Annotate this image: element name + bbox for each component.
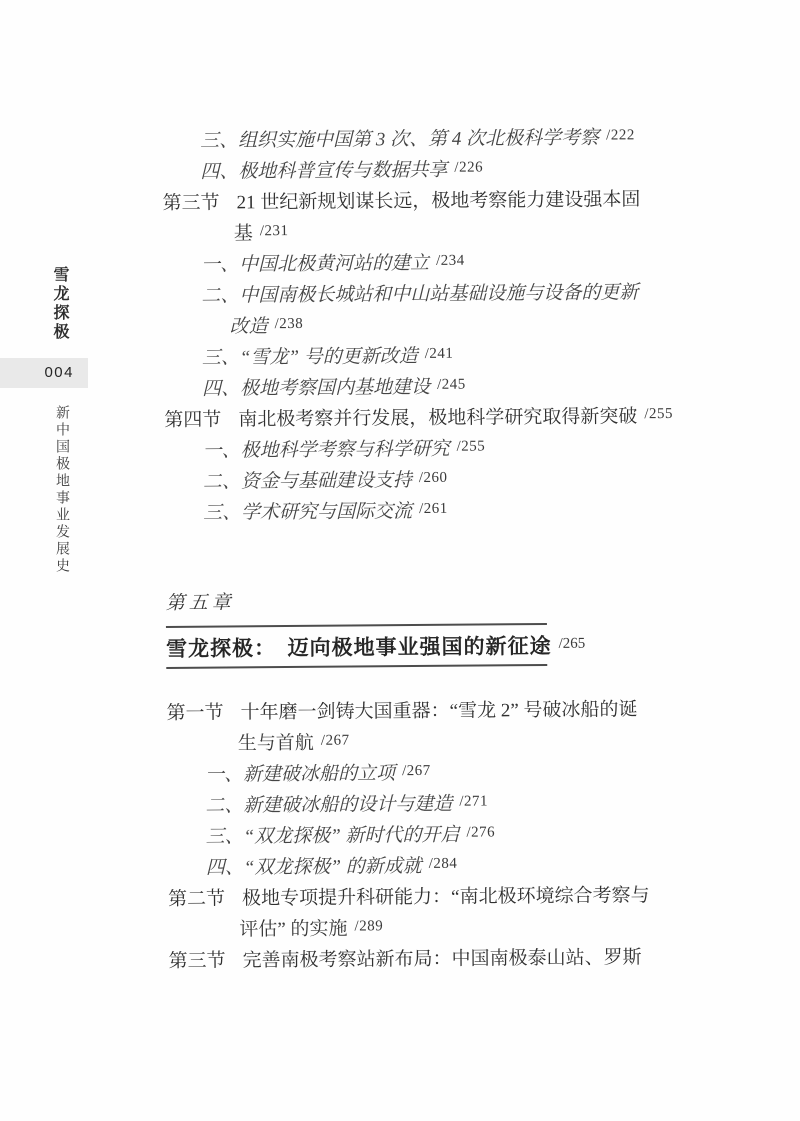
entry-text: 二、新建破冰船的设计与建造 [205, 789, 452, 818]
toc-entry-line: 生与首航/267 [167, 723, 707, 758]
chapter-title: 雪龙探极： 迈向极地事业强国的新征途 [166, 629, 552, 662]
entry-page-number: /245 [437, 377, 466, 394]
toc-entry-line: 三、学术研究与国际交流/261 [165, 492, 705, 527]
toc-entry-line: 三、“雪龙” 号的更新改造/241 [164, 337, 704, 372]
toc-section-line: 第一节十年磨一剑铸大国重器：“雪龙 2” 号破冰船的诞 [166, 692, 706, 727]
page-number: 004 [44, 358, 74, 388]
toc-entry-line: 三、组织实施中国第 3 次、第 4 次北极科学考察/222 [162, 120, 702, 155]
entry-text: 四、“双龙探极” 的新成就 [206, 851, 422, 880]
entry-page-number: /231 [260, 223, 289, 240]
entry-text: 改造 [229, 311, 267, 338]
entry-page-number: /234 [436, 253, 465, 270]
book-toc-page: 雪龙探极 004 新中国极地事业发展史 三、组织实施中国第 3 次、第 4 次北… [0, 0, 800, 1121]
entry-page-number: /222 [606, 127, 635, 144]
entry-page-number: /289 [354, 918, 383, 935]
entry-page-number: /267 [321, 733, 350, 750]
entry-text: 三、组织实施中国第 3 次、第 4 次北极科学考察 [200, 123, 599, 153]
entry-text: 南北极考察并行发展，极地科学研究取得新突破 [238, 401, 637, 431]
toc-entry-line: 三、“双龙探极” 新时代的开启/276 [167, 816, 707, 851]
entry-text: 三、“双龙探极” 新时代的开启 [205, 820, 459, 849]
chapter-number-label: 第五章 [166, 585, 706, 619]
entry-page-number: /261 [419, 501, 448, 518]
toc-entry-line: 四、极地考察国内基地建设/245 [164, 368, 704, 403]
entry-text: 21 世纪新规划谋长远，极地考察能力建设强本固 [237, 184, 641, 214]
toc-section-line: 第四节南北极考察并行发展，极地科学研究取得新突破/255 [164, 399, 704, 434]
entry-text: 一、极地科学考察与科学研究 [202, 434, 449, 463]
toc-entry-line: 改造/238 [163, 306, 703, 341]
entry-text: 极地专项提升科研能力：“南北极环境综合考察与 [242, 880, 650, 910]
entry-text: 一、新建破冰船的立项 [205, 758, 395, 786]
chapter-title-row: 雪龙探极： 迈向极地事业强国的新征途 /265 [166, 624, 706, 667]
toc-main-column: 三、组织实施中国第 3 次、第 4 次北极科学考察/222四、极地科普宣传与数据… [162, 120, 709, 975]
entry-text: 三、学术研究与国际交流 [203, 496, 412, 525]
entry-text: 四、极地考察国内基地建设 [202, 372, 430, 401]
toc-entry-line: 二、新建破冰船的设计与建造/271 [167, 785, 707, 820]
entry-text: 三、“雪龙” 号的更新改造 [202, 341, 418, 370]
toc-entry-line: 四、极地科普宣传与数据共享/226 [162, 151, 702, 186]
toc-entry-line: 二、资金与基础建设支持/260 [165, 461, 705, 496]
toc-entry-line: 基/231 [163, 213, 703, 248]
entry-text: 二、资金与基础建设支持 [203, 465, 412, 494]
sidebar-book-title-vertical: 雪龙探极 [48, 266, 71, 342]
toc-section-line: 第二节极地专项提升科研能力：“南北极环境综合考察与 [168, 878, 708, 913]
toc-part2: 第一节十年磨一剑铸大国重器：“雪龙 2” 号破冰船的诞生与首航/267一、新建破… [166, 692, 708, 975]
entry-text: 十年磨一剑铸大国重器：“雪龙 2” 号破冰船的诞 [241, 694, 638, 724]
entry-text: 评估” 的实施 [239, 914, 347, 942]
entry-text: 生与首航 [238, 728, 314, 756]
entry-page-number: /226 [454, 159, 483, 176]
toc-section-line: 第三节21 世纪新规划谋长远，极地考察能力建设强本固 [162, 182, 702, 217]
toc-part1: 三、组织实施中国第 3 次、第 4 次北极科学考察/222四、极地科普宣传与数据… [162, 120, 705, 527]
entry-text: 四、极地科普宣传与数据共享 [200, 155, 447, 184]
section-label: 第一节 [167, 698, 224, 725]
entry-text: 二、中国南极长城站和中山站基础设施与设备的更新 [201, 277, 638, 307]
section-label: 第二节 [168, 884, 225, 911]
toc-entry-line: 一、中国北极黄河站的建立/234 [163, 244, 703, 279]
entry-text: 基 [234, 218, 253, 245]
toc-entry-line: 二、中国南极长城站和中山站基础设施与设备的更新 [163, 275, 703, 310]
entry-text: 一、中国北极黄河站的建立 [201, 248, 429, 277]
section-label: 第四节 [164, 405, 221, 432]
entry-page-number: /260 [419, 470, 448, 487]
entry-page-number: /238 [275, 316, 304, 333]
section-label: 第三节 [168, 946, 225, 973]
toc-entry-line: 评估” 的实施/289 [168, 909, 708, 944]
entry-page-number: /271 [459, 793, 488, 810]
entry-page-number: /276 [466, 824, 495, 841]
entry-page-number: /255 [644, 406, 673, 423]
sidebar-series-title-vertical: 新中国极地事业发展史 [51, 405, 71, 575]
toc-section-line: 第三节完善南极考察站新布局：中国南极泰山站、罗斯 [168, 940, 708, 975]
entry-text: 完善南极考察站新布局：中国南极泰山站、罗斯 [242, 942, 641, 972]
toc-entry-line: 一、极地科学考察与科学研究/255 [164, 430, 704, 465]
page-number-band: 004 [0, 358, 88, 388]
toc-entry-line: 四、“双龙探极” 的新成就/284 [168, 847, 708, 882]
chapter-heading-block: 第五章 雪龙探极： 迈向极地事业强国的新征途 /265 [166, 585, 707, 669]
entry-page-number: /255 [456, 438, 485, 455]
entry-page-number: /241 [425, 346, 454, 363]
entry-page-number: /267 [402, 763, 431, 780]
chapter-page-number: /265 [559, 636, 586, 653]
toc-entry-line: 一、新建破冰船的立项/267 [167, 754, 707, 789]
section-label: 第三节 [163, 188, 220, 215]
entry-page-number: /284 [429, 856, 458, 873]
